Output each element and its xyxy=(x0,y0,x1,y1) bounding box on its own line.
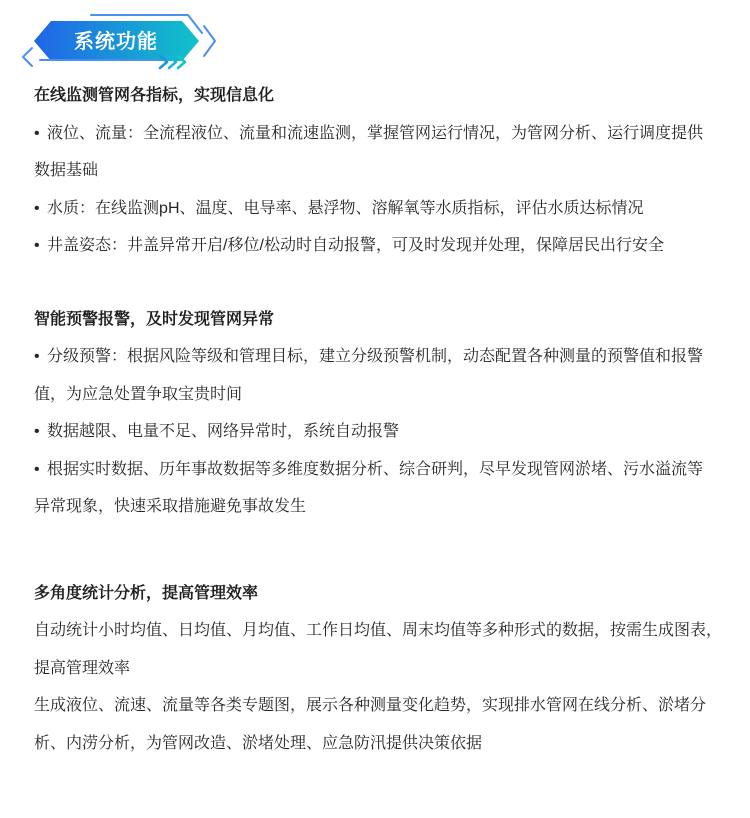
feature-section: 在线监测管网各指标，实现信息化• 液位、流量：全流程液位、流量和流速监测，掌握管… xyxy=(34,77,726,265)
bullet-dot: • xyxy=(34,423,47,440)
section-heading: 智能预警报警，及时发现管网异常 xyxy=(34,301,726,339)
feature-section: 智能预警报警，及时发现管网异常• 分级预警：根据风险等级和管理目标，建立分级预警… xyxy=(34,301,726,526)
banner-title: 系统功能 xyxy=(74,29,158,53)
bullet-dot: • xyxy=(34,348,47,365)
text-line: • 分级预警：根据风险等级和管理目标，建立分级预警机制，动态配置各种测量的预警值… xyxy=(34,338,726,376)
text-line: 提高管理效率 xyxy=(34,650,726,688)
feature-section: 多角度统计分析，提高管理效率自动统计小时均值、日均值、月均值、工作日均值、周末均… xyxy=(34,575,726,763)
text-line: 异常现象，快速采取措施避免事故发生 xyxy=(34,488,726,526)
accent-right-chevron xyxy=(204,26,215,56)
bullet-dot: • xyxy=(34,125,47,142)
section-heading: 在线监测管网各指标，实现信息化 xyxy=(34,77,726,115)
section-title-banner: 系统功能 xyxy=(14,6,264,78)
text-line: • 根据实时数据、历年事故数据等多维度数据分析、综合研判，尽早发现管网淤堵、污水… xyxy=(34,451,726,489)
accent-left-chevron xyxy=(23,48,32,66)
chevrons-right-icon xyxy=(160,56,185,68)
text-line: • 水质：在线监测pH、温度、电导率、悬浮物、溶解氧等水质指标，评估水质达标情况 xyxy=(34,190,726,228)
section-heading: 多角度统计分析，提高管理效率 xyxy=(34,575,726,613)
bullet-dot: • xyxy=(34,200,47,217)
text-line: 自动统计小时均值、日均值、月均值、工作日均值、周末均值等多种形式的数据，按需生成… xyxy=(34,612,726,650)
content: 在线监测管网各指标，实现信息化• 液位、流量：全流程液位、流量和流速监测，掌握管… xyxy=(34,77,726,762)
text-line: 值，为应急处置争取宝贵时间 xyxy=(34,376,726,414)
text-line: • 液位、流量：全流程液位、流量和流速监测，掌握管网运行情况，为管网分析、运行调… xyxy=(34,115,726,153)
text-line: • 数据越限、电量不足、网络异常时，系统自动报警 xyxy=(34,413,726,451)
bullet-dot: • xyxy=(34,461,47,478)
page: 系统功能 在线监测管网各指标，实现信息化• 液位、流量：全流程液位、流量和流速监… xyxy=(0,0,750,818)
banner-graphic: 系统功能 xyxy=(14,6,264,78)
text-line: 数据基础 xyxy=(34,152,726,190)
bullet-dot: • xyxy=(34,237,47,254)
text-line: • 井盖姿态：井盖异常开启/移位/松动时自动报警，可及时发现并处理，保障居民出行… xyxy=(34,227,726,265)
text-line: 生成液位、流速、流量等各类专题图，展示各种测量变化趋势，实现排水管网在线分析、淤… xyxy=(34,687,726,725)
text-line: 析、内涝分析，为管网改造、淤堵处理、应急防汛提供决策依据 xyxy=(34,725,726,763)
